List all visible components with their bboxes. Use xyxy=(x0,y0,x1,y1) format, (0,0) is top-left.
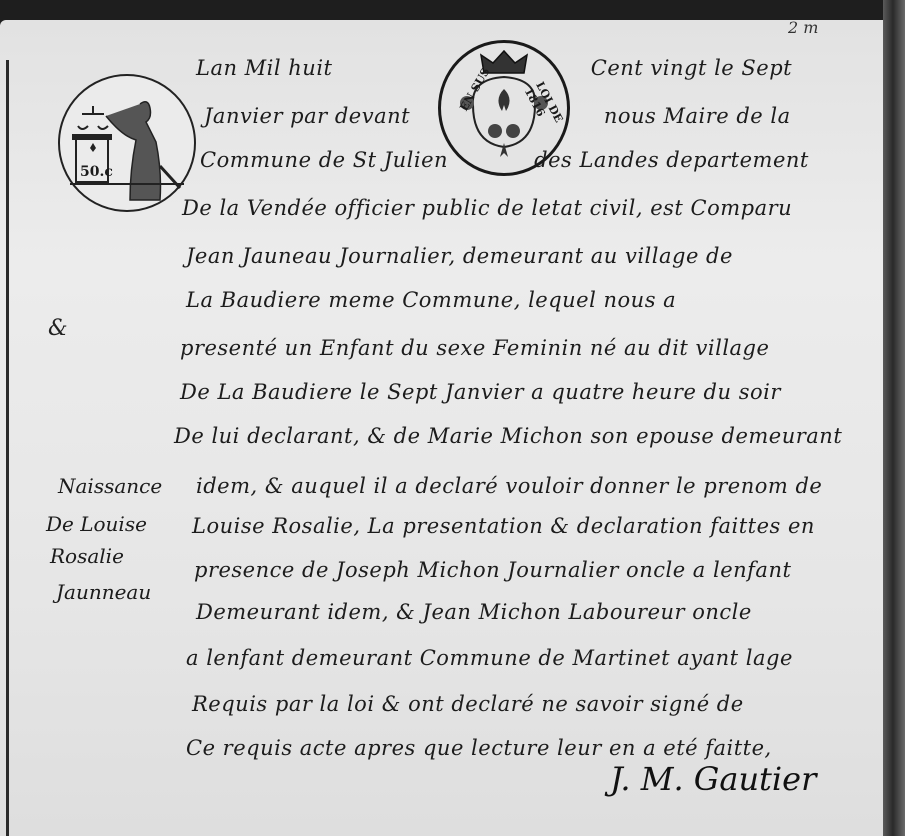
text-line-12: presence de Joseph Michon Journalier onc… xyxy=(194,558,791,582)
book-binding xyxy=(883,0,905,836)
margin-mark: & xyxy=(48,316,68,341)
text-line-14: a lenfant demeurant Commune de Martinet … xyxy=(186,646,793,670)
text-line-10: idem, & auquel il a declaré vouloir donn… xyxy=(196,474,822,498)
text-line-6: La Baudiere meme Commune, lequel nous a xyxy=(186,288,676,312)
text-line-1: Lan Mil huit Cent vingt le Sept xyxy=(196,56,792,80)
tax-stamp-justice: 50.c xyxy=(58,74,196,212)
text-line-13: Demeurant idem, & Jean Michon Laboureur … xyxy=(196,600,752,624)
text-line-11: Louise Rosalie, La presentation & declar… xyxy=(192,514,815,538)
text-line-9: De lui declarant, & de Marie Michon son … xyxy=(174,424,842,448)
margin-title-line-2: De Louise xyxy=(46,512,147,536)
text-line-2: Janvier par devant nous Maire de la xyxy=(204,104,791,128)
text-line-4: De la Vendée officier public de letat ci… xyxy=(182,196,792,220)
text-line-5: Jean Jauneau Journalier, demeurant au vi… xyxy=(186,244,733,268)
margin-title-line-3: Rosalie xyxy=(50,544,124,568)
margin-title-line-1: Naissance xyxy=(58,474,162,498)
stamp-denomination: 50.c xyxy=(80,164,113,180)
margin-title-line-4: Jaunneau xyxy=(56,580,151,604)
justice-figure-icon xyxy=(60,76,194,210)
text-line-3: Commune de St Julien des Landes departem… xyxy=(200,148,809,172)
officer-signature: J. M. Gautier xyxy=(610,760,816,798)
folio-number: 2 m xyxy=(788,18,818,37)
margin-rule xyxy=(6,60,9,836)
text-line-15: Requis par la loi & ont declaré ne savoi… xyxy=(192,692,744,716)
text-line-16: Ce requis acte apres que lecture leur en… xyxy=(186,736,772,760)
text-line-8: De La Baudiere le Sept Janvier a quatre … xyxy=(180,380,781,404)
text-line-7: presenté un Enfant du sexe Feminin né au… xyxy=(180,336,769,360)
